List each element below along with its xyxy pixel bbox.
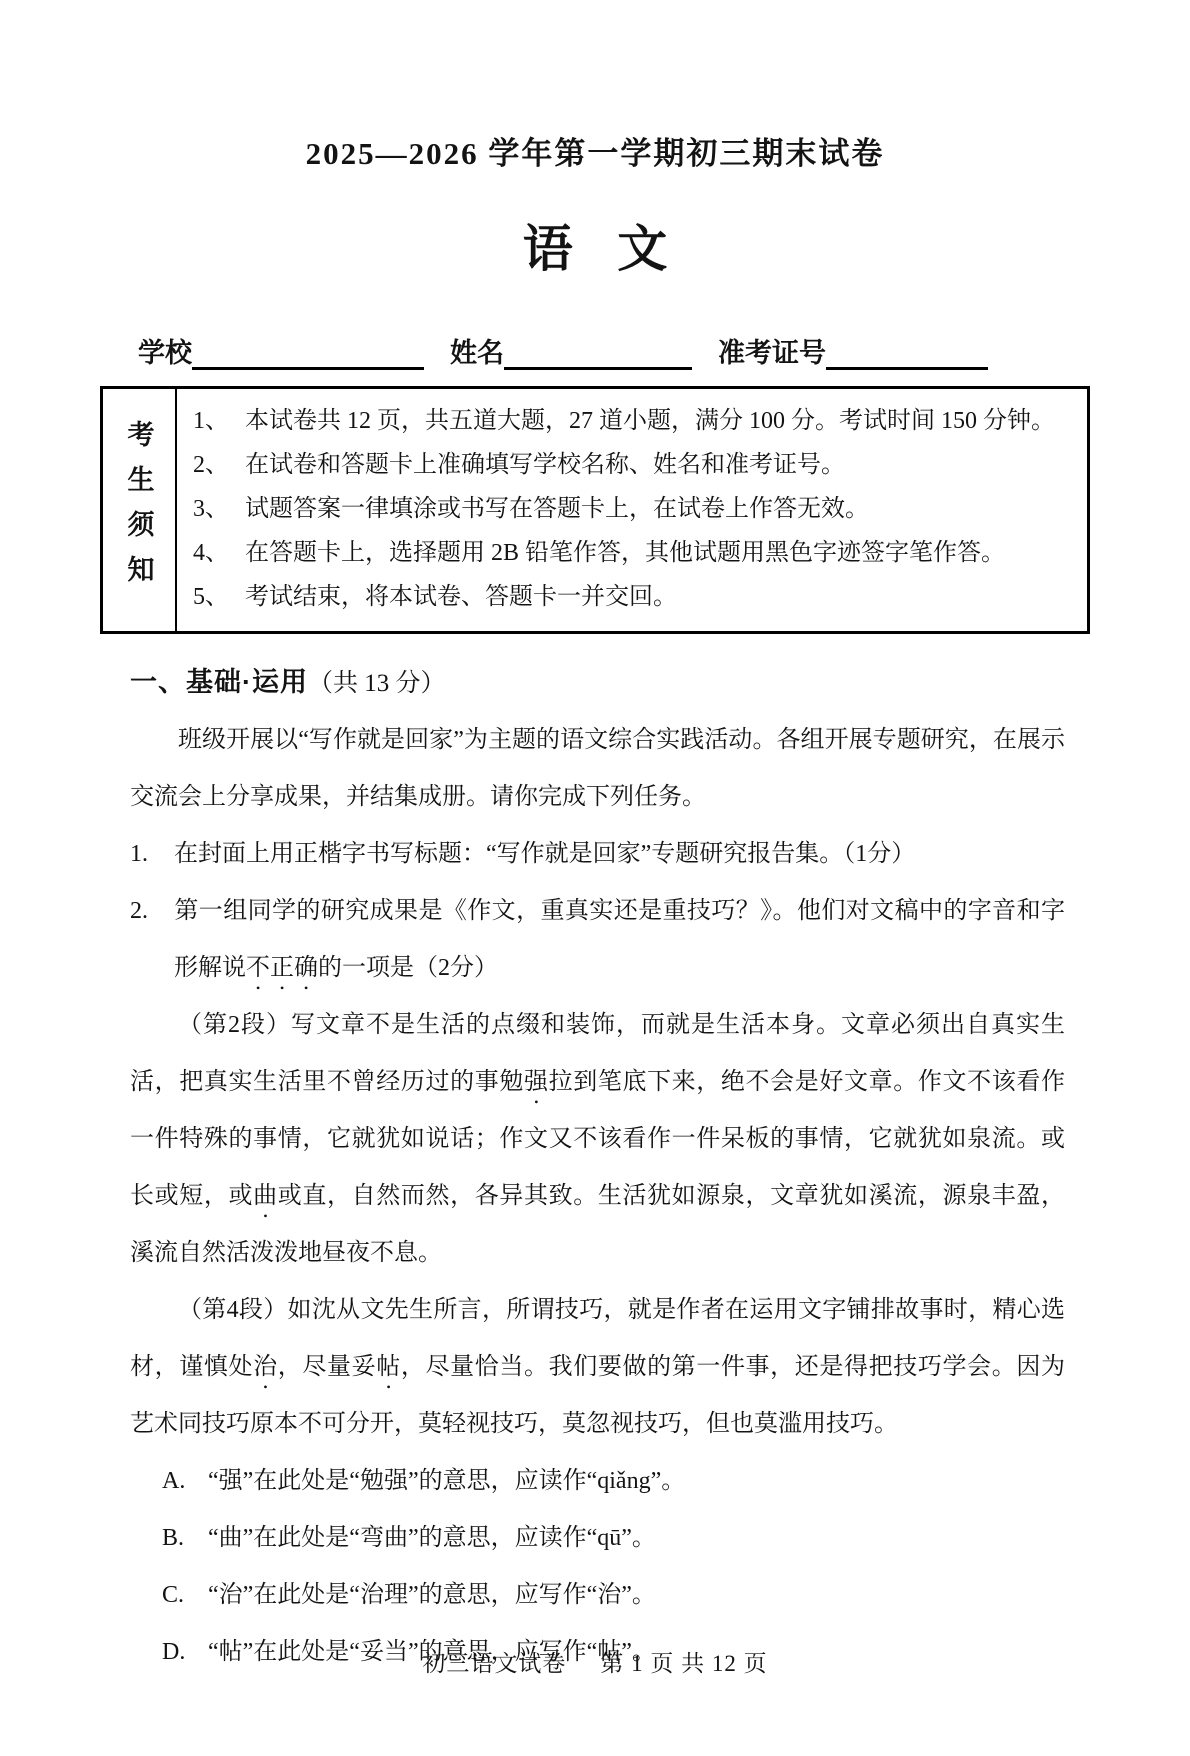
paper-body: 一、基础·运用（共 13 分） 班级开展以“写作就是回家”为主题的语文综合实践活… [130, 654, 1065, 1681]
exam-paper-page: 2025—2026 学年第一学期初三期末试卷 语 文 学校 姓名 准考证号 考生… [0, 0, 1190, 1756]
notice-item-number: 4、 [193, 531, 245, 575]
section-one-title: 一、基础·运用 [130, 667, 308, 697]
examinee-notice-box: 考生须知 1、 本试卷共 12 页，共五道大题，27 道小题，满分 100 分。… [100, 386, 1090, 634]
notice-item: 5、 考试结束，将本试卷、答题卡一并交回。 [193, 575, 1079, 619]
question-2-stem: 2.第一组同学的研究成果是《作文，重真实还是重技巧？》。他们对文稿中的字音和字形… [130, 883, 1065, 997]
notice-item-text: 在答题卡上，选择题用 2B 铅笔作答，其他试题用黑色字迹签字笔作答。 [245, 531, 1079, 575]
option-a: A.“强”在此处是“勉强”的意思，应读作“qiǎng”。 [162, 1453, 1065, 1510]
section-one-intro: 班级开展以“写作就是回家”为主题的语文综合实践活动。各组开展专题研究，在展示交流… [130, 712, 1065, 826]
question-1: 1.在封面上用正楷字书写标题：“写作就是回家”专题研究报告集。（1分） [130, 826, 1065, 883]
notice-item-number: 1、 [193, 399, 245, 443]
paragraph-4-emphasis-tie: 帖 [376, 1354, 401, 1380]
option-a-letter: A. [162, 1453, 208, 1510]
question-1-number: 1. [130, 826, 174, 883]
notice-item: 1、 本试卷共 12 页，共五道大题，27 道小题，满分 100 分。考试时间 … [193, 399, 1079, 443]
quoted-paragraph-4: （第4段）如沈从文先生所言，所谓技巧，就是作者在运用文字铺排故事时，精心选材，谨… [130, 1282, 1065, 1453]
paragraph-2-emphasis-qu: 曲 [253, 1183, 278, 1209]
option-c-letter: C. [162, 1567, 208, 1624]
quoted-paragraph-2: （第2段）写文章不是生活的点缀和装饰，而就是生活本身。文章必须出自真实生活，把真… [130, 997, 1065, 1282]
option-b-letter: B. [162, 1510, 208, 1567]
page-footer: 初三语文试卷 第 1 页 共 12 页 [0, 1645, 1190, 1678]
admission-number-blank-field [826, 336, 988, 370]
option-c: C.“治”在此处是“治理”的意思，应写作“治”。 [162, 1567, 1065, 1624]
name-blank-field [504, 336, 692, 370]
option-b-text: “曲”在此处是“弯曲”的意思，应读作“qū”。 [208, 1525, 656, 1551]
notice-item: 4、 在答题卡上，选择题用 2B 铅笔作答，其他试题用黑色字迹签字笔作答。 [193, 531, 1079, 575]
school-label: 学校 [138, 331, 192, 370]
notice-item-number: 2、 [193, 443, 245, 487]
notice-item-list: 1、 本试卷共 12 页，共五道大题，27 道小题，满分 100 分。考试时间 … [177, 389, 1087, 631]
notice-item: 2、 在试卷和答题卡上准确填写学校名称、姓名和准考证号。 [193, 443, 1079, 487]
footer-paper-name: 初三语文试卷 [422, 1645, 566, 1678]
question-2-number: 2. [130, 883, 174, 940]
school-blank-field [192, 336, 424, 370]
notice-item-text: 考试结束，将本试卷、答题卡一并交回。 [245, 575, 1079, 619]
notice-item-text: 本试卷共 12 页，共五道大题，27 道小题，满分 100 分。考试时间 150… [245, 399, 1079, 443]
notice-side-label: 考生须知 [103, 389, 177, 631]
option-b: B.“曲”在此处是“弯曲”的意思，应读作“qū”。 [162, 1510, 1065, 1567]
notice-item-text: 试题答案一律填涂或书写在答题卡上，在试卷上作答无效。 [245, 487, 1079, 531]
section-one-heading: 一、基础·运用（共 13 分） [130, 654, 1065, 712]
option-a-text: “强”在此处是“勉强”的意思，应读作“qiǎng”。 [208, 1468, 685, 1494]
paragraph-4-emphasis-zhi: 治 [253, 1354, 278, 1380]
footer-page-number: 第 1 页 共 12 页 [600, 1645, 767, 1678]
question-1-text: 在封面上用正楷字书写标题：“写作就是回家”专题研究报告集。（1分） [174, 841, 915, 867]
paragraph-2-emphasis-qiang: 强 [524, 1069, 549, 1095]
option-c-text: “治”在此处是“治理”的意思，应写作“治”。 [208, 1582, 656, 1608]
section-one-score: （共 13 分） [308, 670, 446, 697]
notice-item-number: 3、 [193, 487, 245, 531]
session-title: 2025—2026 学年第一学期初三期末试卷 [100, 0, 1090, 173]
name-label: 姓名 [450, 331, 504, 370]
notice-item-text: 在试卷和答题卡上准确填写学校名称、姓名和准考证号。 [245, 443, 1079, 487]
candidate-info-row: 学校 姓名 准考证号 [138, 331, 1082, 370]
subject-title: 语 文 [100, 209, 1090, 281]
question-2-stem-emphasis: 不正确 [246, 955, 318, 981]
question-2-stem-after: 的一项是（2分） [318, 955, 498, 981]
notice-item: 3、 试题答案一律填涂或书写在答题卡上，在试卷上作答无效。 [193, 487, 1079, 531]
notice-item-number: 5、 [193, 575, 245, 619]
admission-number-label: 准考证号 [718, 331, 826, 370]
paragraph-4-text: ，尽量妥 [278, 1354, 377, 1380]
